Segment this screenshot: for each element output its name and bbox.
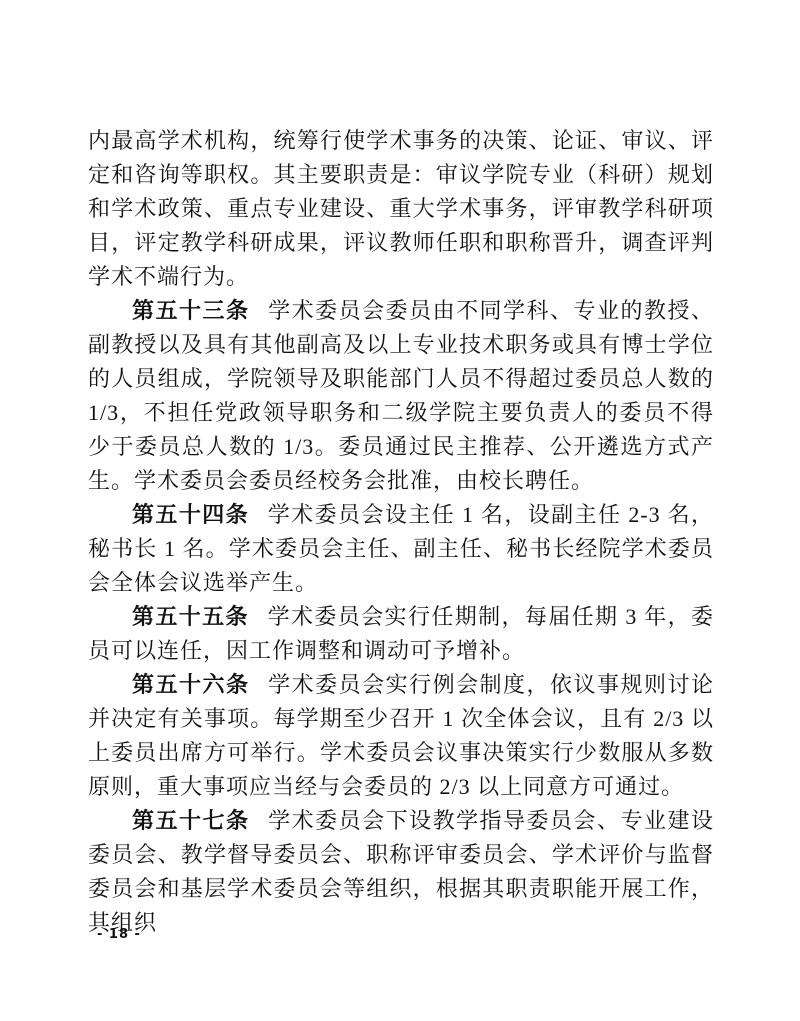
paragraph-text: 学术委员会委员由不同学科、专业的教授、副教授以及具有其他副高及以上专业技术职务或…: [88, 298, 714, 493]
article-heading: 第五十三条: [132, 298, 249, 323]
article-heading: 第五十四条: [132, 502, 249, 527]
paragraph-text: 内最高学术机构，统筹行使学术事务的决策、论证、审议、评定和咨询等职权。其主要职责…: [88, 128, 714, 289]
document-body: 内最高学术机构，统筹行使学术事务的决策、论证、审议、评定和咨询等职权。其主要职责…: [88, 124, 714, 940]
paragraph-article-53: 第五十三条学术委员会委员由不同学科、专业的教授、副教授以及具有其他副高及以上专业…: [88, 294, 714, 498]
article-heading: 第五十七条: [132, 808, 249, 833]
paragraph-article-55: 第五十五条学术委员会实行任期制，每届任期 3 年，委员可以连任，因工作调整和调动…: [88, 600, 714, 668]
paragraph-article-54: 第五十四条学术委员会设主任 1 名，设副主任 2-3 名，秘书长 1 名。学术委…: [88, 498, 714, 600]
page-number: - 18 -: [97, 927, 141, 942]
article-heading: 第五十五条: [132, 604, 249, 629]
article-heading: 第五十六条: [132, 672, 249, 697]
paragraph-article-57: 第五十七条学术委员会下设教学指导委员会、专业建设委员会、教学督导委员会、职称评审…: [88, 804, 714, 940]
paragraph-continuation: 内最高学术机构，统筹行使学术事务的决策、论证、审议、评定和咨询等职权。其主要职责…: [88, 124, 714, 294]
paragraph-article-56: 第五十六条学术委员会实行例会制度，依议事规则讨论并决定有关事项。每学期至少召开 …: [88, 668, 714, 804]
document-page: 内最高学术机构，统筹行使学术事务的决策、论证、审议、评定和咨询等职权。其主要职责…: [0, 0, 800, 1021]
